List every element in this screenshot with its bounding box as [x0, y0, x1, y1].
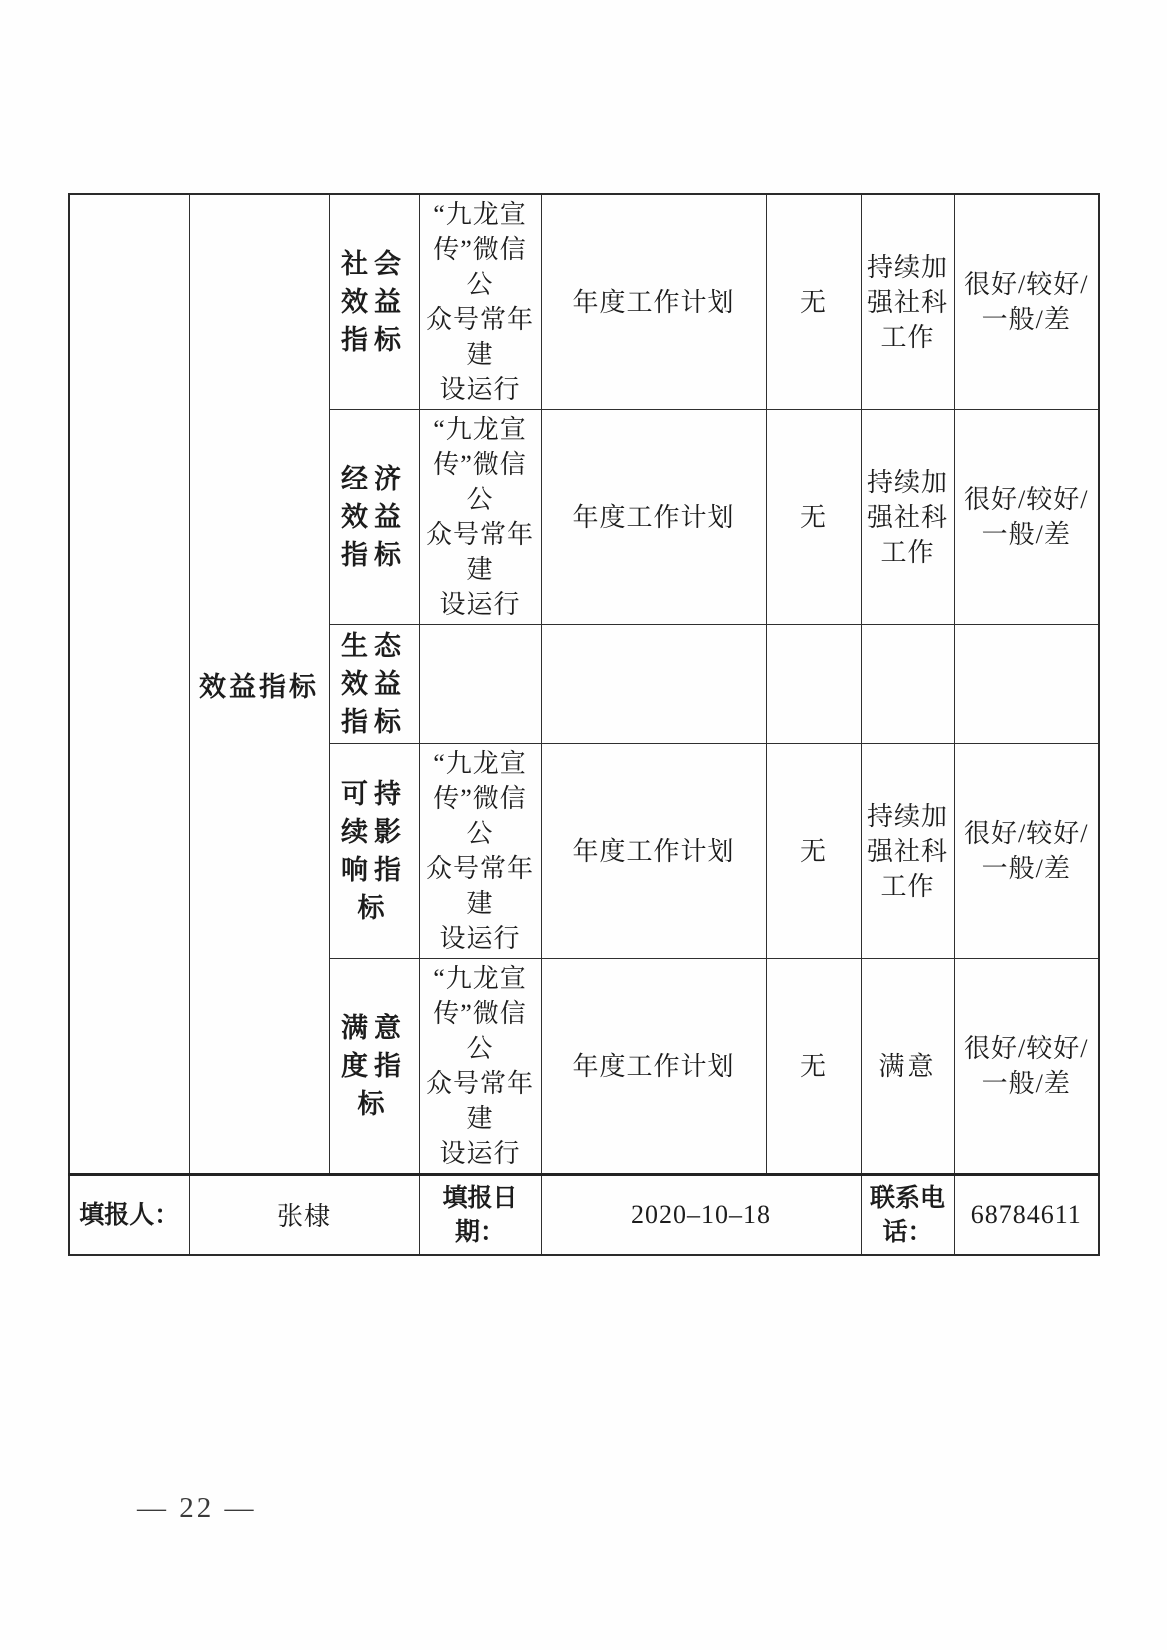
rating-cell [954, 625, 1099, 744]
measure-cell: 满意 [861, 959, 954, 1175]
plan-cell: 年度工作计划 [541, 410, 766, 625]
indicator-label-cell: 社会 效益 指标 [329, 194, 419, 410]
date-value-cell: 2020–10–18 [541, 1175, 861, 1255]
group-label-cell: 效益指标 [189, 194, 329, 1175]
plan-cell [541, 625, 766, 744]
project-cell: “九龙宣 传”微信公 众号常年建 设运行 [419, 744, 541, 959]
filler-value-cell: 张棣 [189, 1175, 419, 1255]
plan-cell: 年度工作计划 [541, 194, 766, 410]
filler-label-cell: 填报人： [69, 1175, 189, 1255]
measure-cell [861, 625, 954, 744]
rating-cell: 很好/较好/ 一般/差 [954, 194, 1099, 410]
page-number: — 22 — [137, 1492, 257, 1525]
rating-cell: 很好/较好/ 一般/差 [954, 410, 1099, 625]
project-cell [419, 625, 541, 744]
deviation-cell [766, 625, 861, 744]
phone-value-cell: 68784611 [954, 1175, 1099, 1255]
project-cell: “九龙宣 传”微信公 众号常年建 设运行 [419, 959, 541, 1175]
measure-cell: 持续加 强社科 工作 [861, 744, 954, 959]
date-label-cell: 填报日 期： [419, 1175, 541, 1255]
project-cell: “九龙宣 传”微信公 众号常年建 设运行 [419, 410, 541, 625]
project-cell: “九龙宣 传”微信公 众号常年建 设运行 [419, 194, 541, 410]
continued-left-cell [69, 194, 189, 1175]
rating-cell: 很好/较好/ 一般/差 [954, 959, 1099, 1175]
document-page: 效益指标 社会 效益 指标 “九龙宣 传”微信公 众号常年建 设运行 年度工作计… [0, 0, 1167, 1650]
phone-label-cell: 联系电 话： [861, 1175, 954, 1255]
performance-indicator-table: 效益指标 社会 效益 指标 “九龙宣 传”微信公 众号常年建 设运行 年度工作计… [68, 193, 1100, 1256]
plan-cell: 年度工作计划 [541, 959, 766, 1175]
indicator-label-cell: 生态 效益 指标 [329, 625, 419, 744]
measure-cell: 持续加 强社科 工作 [861, 410, 954, 625]
rating-cell: 很好/较好/ 一般/差 [954, 744, 1099, 959]
indicator-label-cell: 经济 效益 指标 [329, 410, 419, 625]
indicator-label-cell: 可持 续影 响指 标 [329, 744, 419, 959]
deviation-cell: 无 [766, 959, 861, 1175]
deviation-cell: 无 [766, 744, 861, 959]
deviation-cell: 无 [766, 410, 861, 625]
indicator-label-cell: 满意 度指 标 [329, 959, 419, 1175]
table-row: 效益指标 社会 效益 指标 “九龙宣 传”微信公 众号常年建 设运行 年度工作计… [69, 194, 1099, 410]
plan-cell: 年度工作计划 [541, 744, 766, 959]
deviation-cell: 无 [766, 194, 861, 410]
measure-cell: 持续加 强社科 工作 [861, 194, 954, 410]
table-footer-row: 填报人： 张棣 填报日 期： 2020–10–18 联系电 话： 6878461… [69, 1175, 1099, 1255]
